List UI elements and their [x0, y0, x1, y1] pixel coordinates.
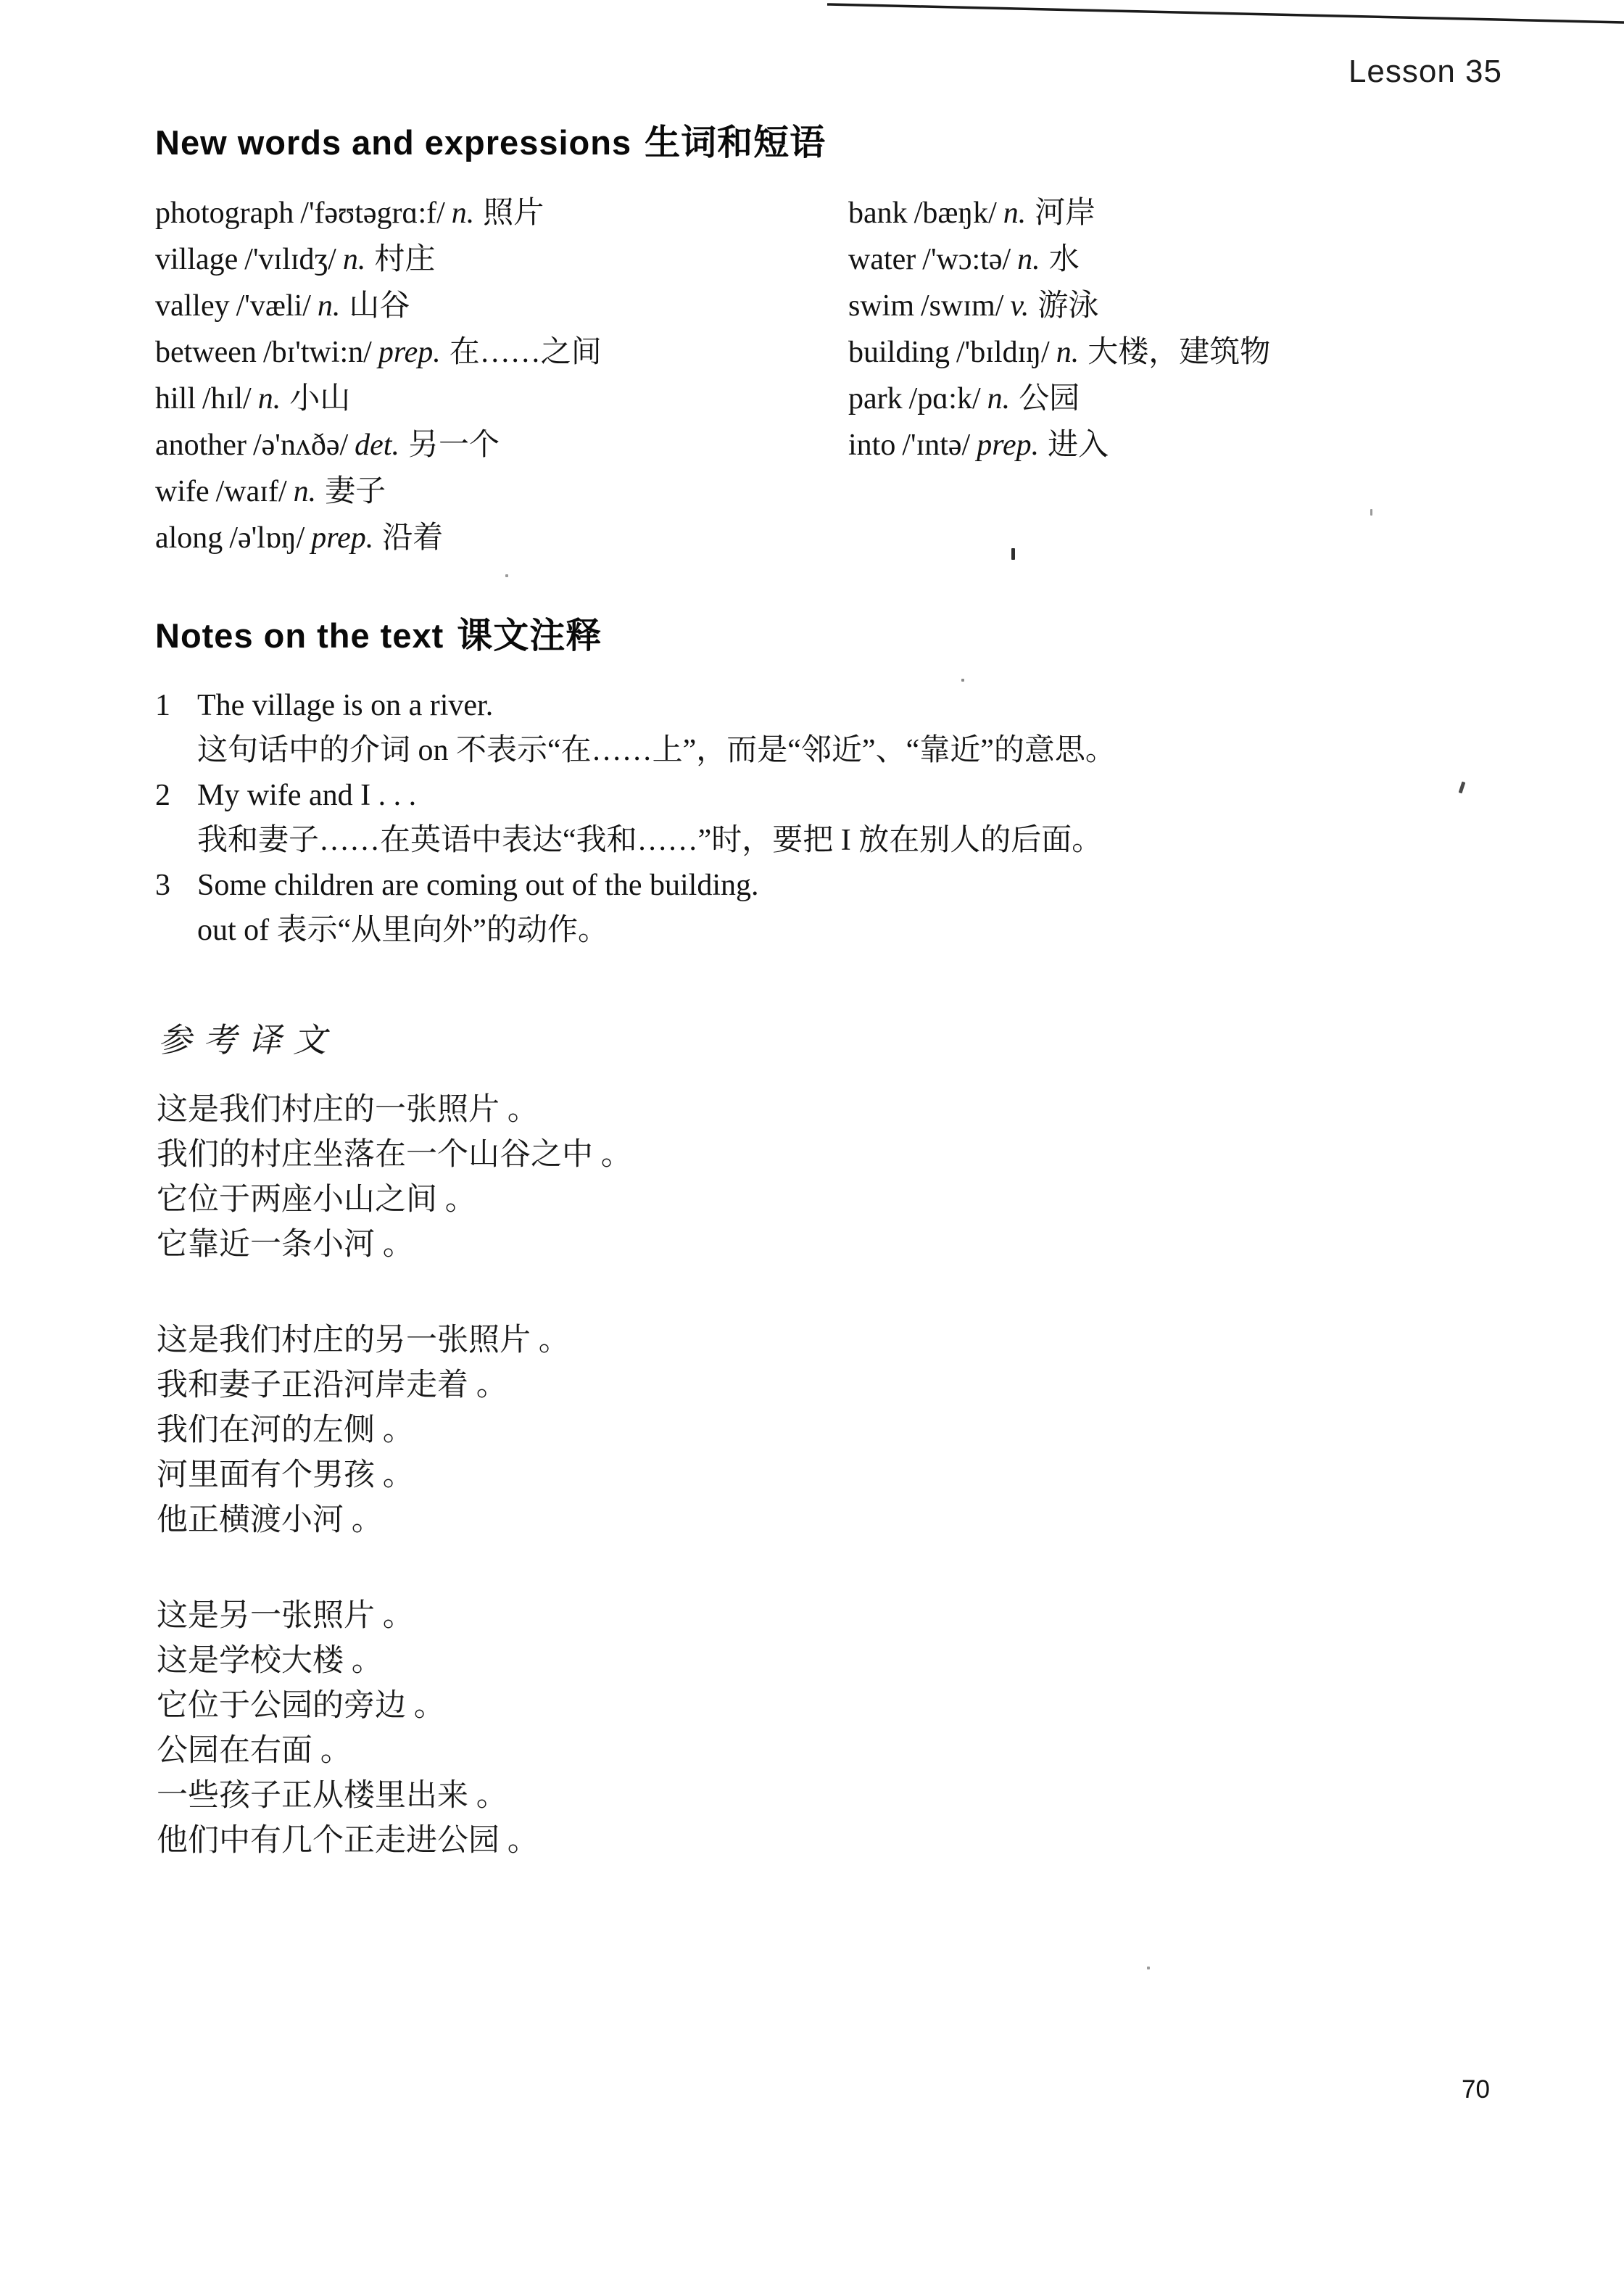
vocab-column-left: photograph/'fəʊtəgrɑ:f/n.照片 village/'vɪl… [155, 190, 602, 561]
translation-line: 我和妻子正沿河岸走着 。 [157, 1363, 632, 1408]
vocab-word: hill [155, 382, 196, 415]
notes-heading: Notes on the text课文注释 [155, 608, 602, 658]
vocab-pos: n. [1017, 243, 1040, 276]
vocab-meaning: 公园 [1019, 382, 1080, 415]
notes-heading-zh: 课文注释 [457, 616, 602, 656]
vocab-word: between [155, 336, 257, 369]
reference-translation-heading: 参考译文 [158, 1014, 338, 1062]
note-item-3: 3 Some children are coming out of the bu… [155, 863, 1460, 953]
vocab-word: valley [155, 289, 230, 323]
new-words-heading-en: New words and expressions [155, 123, 631, 162]
vocab-phonetic: /'vɪlɪdʒ/ [244, 243, 336, 276]
vocab-phonetic: /ə'lɒŋ/ [229, 521, 304, 555]
note-chinese: 这句话中的介词 on 不表示“在……上”，而是“邻近”、“靠近”的意思。 [197, 728, 1460, 773]
vocab-pos: det. [355, 429, 399, 462]
vocab-word: village [155, 243, 238, 276]
vocab-pos: prep. [311, 521, 373, 555]
vocab-meaning: 大楼，建筑物 [1087, 336, 1270, 369]
translation-line: 它位于两座小山之间 。 [157, 1178, 632, 1223]
translation-line: 我们在河的左侧 。 [157, 1408, 632, 1453]
vocab-phonetic: /'fəʊtəgrɑ:f/ [300, 197, 445, 230]
note-english: The village is on a river. [197, 683, 1460, 728]
textbook-page: Lesson 35 New words and expressions生词和短语… [0, 0, 1624, 2274]
vocab-word: wife [155, 475, 210, 508]
new-words-heading: New words and expressions生词和短语 [155, 115, 826, 165]
vocab-word: park [848, 382, 903, 415]
scan-speck [961, 679, 964, 682]
vocab-pos: n. [1056, 336, 1080, 369]
vocab-column-right: bank/bæŋk/n.河岸 water/'wɔ:tə/n.水 swim/swɪ… [848, 190, 1270, 468]
vocab-entry-village: village/'vɪlɪdʒ/n.村庄 [155, 236, 602, 283]
vocab-entry-valley: valley/'væli/n.山谷 [155, 283, 602, 329]
reference-translation: 这是我们村庄的一张照片 。 我们的村庄坐落在一个山谷之中 。 它位于两座小山之间… [157, 1088, 632, 1914]
translation-line: 一些孩子正从楼里出来 。 [157, 1774, 632, 1819]
vocab-meaning: 在……之间 [449, 336, 602, 369]
vocab-meaning: 河岸 [1035, 197, 1095, 230]
vocab-word: building [848, 336, 950, 369]
vocab-phonetic: /swɪm/ [921, 289, 1003, 323]
note-english: My wife and I . . . [197, 773, 1460, 818]
vocab-meaning: 村庄 [374, 243, 435, 276]
note-item-1: 1 The village is on a river. 这句话中的介词 on … [155, 683, 1460, 773]
vocab-meaning: 照片 [483, 197, 544, 230]
vocab-entry-into: into/'ɪntə/prep.进入 [848, 422, 1270, 468]
translation-paragraph-1: 这是我们村庄的一张照片 。 我们的村庄坐落在一个山谷之中 。 它位于两座小山之间… [157, 1088, 632, 1268]
vocab-pos: n. [452, 197, 475, 230]
vocab-phonetic: /bæŋk/ [914, 197, 997, 230]
vocab-phonetic: /'væli/ [236, 289, 311, 323]
page-top-rule [0, 0, 1624, 44]
note-item-2: 2 My wife and I . . . 我和妻子……在英语中表达“我和……”… [155, 773, 1460, 863]
vocab-meaning: 小山 [289, 382, 350, 415]
vocab-pos: n. [987, 382, 1011, 415]
vocab-pos: prep. [378, 336, 441, 369]
scan-speck [1370, 509, 1372, 516]
vocab-entry-photograph: photograph/'fəʊtəgrɑ:f/n.照片 [155, 190, 602, 236]
translation-line: 他们中有几个正走进公园 。 [157, 1819, 632, 1864]
notes-list: 1 The village is on a river. 这句话中的介词 on … [155, 683, 1460, 953]
vocab-entry-wife: wife/waɪf/n.妻子 [155, 468, 602, 515]
vocab-word: into [848, 429, 895, 462]
vocab-entry-between: between/bɪ'twi:n/prep.在……之间 [155, 329, 602, 376]
note-english: Some children are coming out of the buil… [197, 863, 1460, 908]
vocab-entry-swim: swim/swɪm/v.游泳 [848, 283, 1270, 329]
translation-line: 这是另一张照片 。 [157, 1594, 632, 1639]
note-number: 1 [155, 683, 197, 728]
vocab-meaning: 沿着 [382, 521, 443, 555]
scan-speck [1147, 1967, 1150, 1969]
vocab-word: photograph [155, 197, 294, 230]
page-number: 70 [1462, 2075, 1490, 2104]
vocab-word: swim [848, 289, 914, 323]
translation-line: 公园在右面 。 [157, 1729, 632, 1774]
translation-line: 他正横渡小河 。 [157, 1498, 632, 1543]
scan-speck [1011, 548, 1015, 560]
vocab-word: water [848, 243, 916, 276]
notes-heading-en: Notes on the text [155, 616, 444, 655]
translation-line: 这是我们村庄的一张照片 。 [157, 1088, 632, 1133]
note-number: 3 [155, 863, 197, 908]
vocab-entry-along: along/ə'lɒŋ/prep.沿着 [155, 515, 602, 561]
vocab-entry-another: another/ə'nʌðə/det.另一个 [155, 422, 602, 468]
note-chinese: 我和妻子……在英语中表达“我和……”时，要把 I 放在别人的后面。 [197, 818, 1460, 863]
vocab-entry-building: building/'bɪldɪŋ/n.大楼，建筑物 [848, 329, 1270, 376]
vocab-pos: n. [343, 243, 366, 276]
vocab-meaning: 游泳 [1037, 289, 1098, 323]
vocab-word: along [155, 521, 223, 555]
translation-line: 河里面有个男孩 。 [157, 1453, 632, 1498]
vocab-phonetic: /bɪ'twi:n/ [263, 336, 372, 369]
translation-line: 我们的村庄坐落在一个山谷之中 。 [157, 1133, 632, 1178]
vocab-pos: n. [294, 475, 317, 508]
vocab-entry-water: water/'wɔ:tə/n.水 [848, 236, 1270, 283]
translation-line: 这是学校大楼 。 [157, 1639, 632, 1684]
vocab-pos: n. [258, 382, 281, 415]
note-number: 2 [155, 773, 197, 818]
translation-line: 它靠近一条小河 。 [157, 1223, 632, 1268]
translation-paragraph-3: 这是另一张照片 。 这是学校大楼 。 它位于公园的旁边 。 公园在右面 。 一些… [157, 1594, 632, 1864]
lesson-label: Lesson 35 [1348, 54, 1502, 90]
vocab-pos: prep. [977, 429, 1039, 462]
scan-speck [505, 574, 508, 577]
vocab-phonetic: /pɑ:k/ [909, 382, 981, 415]
translation-line: 它位于公园的旁边 。 [157, 1684, 632, 1729]
vocab-phonetic: /'ɪntə/ [902, 429, 970, 462]
vocab-pos: n. [318, 289, 341, 323]
vocab-pos: n. [1003, 197, 1027, 230]
vocab-phonetic: /'wɔ:tə/ [922, 243, 1011, 276]
vocab-meaning: 山谷 [349, 289, 410, 323]
vocab-entry-hill: hill/hɪl/n.小山 [155, 376, 602, 422]
vocab-meaning: 水 [1049, 243, 1080, 276]
translation-line: 这是我们村庄的另一张照片 。 [157, 1318, 632, 1363]
vocab-meaning: 另一个 [408, 429, 500, 462]
new-words-heading-zh: 生词和短语 [645, 123, 826, 162]
vocab-phonetic: /'bɪldɪŋ/ [956, 336, 1050, 369]
vocab-entry-bank: bank/bæŋk/n.河岸 [848, 190, 1270, 236]
note-chinese: out of 表示“从里向外”的动作。 [197, 908, 1460, 953]
vocab-pos: v. [1010, 289, 1029, 323]
vocab-phonetic: /waɪf/ [216, 475, 287, 508]
vocab-phonetic: /hɪl/ [202, 382, 252, 415]
translation-paragraph-2: 这是我们村庄的另一张照片 。 我和妻子正沿河岸走着 。 我们在河的左侧 。 河里… [157, 1318, 632, 1543]
vocab-word: bank [848, 197, 908, 230]
vocab-phonetic: /ə'nʌðə/ [253, 429, 348, 462]
vocab-meaning: 妻子 [325, 475, 386, 508]
vocab-entry-park: park/pɑ:k/n.公园 [848, 376, 1270, 422]
vocab-meaning: 进入 [1048, 429, 1109, 462]
vocab-word: another [155, 429, 246, 462]
